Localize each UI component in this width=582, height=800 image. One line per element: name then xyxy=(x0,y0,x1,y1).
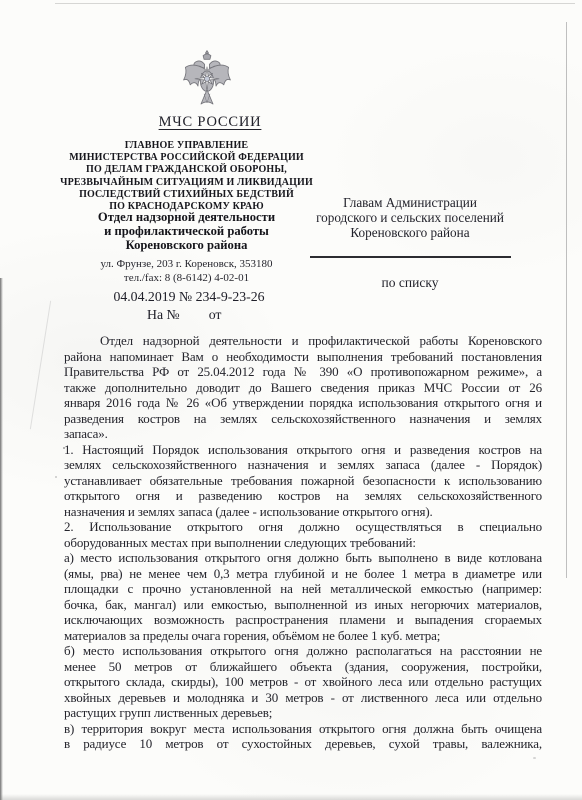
dept-line: Отдел надзорной деятельности xyxy=(33,211,340,225)
body-line: растущих групп лиственных деревьев; xyxy=(64,705,542,721)
recipient-underline xyxy=(310,256,511,258)
scanned-official-letter: МЧС РОССИИ ГЛАВНОЕ УПРАВЛЕНИЕ МИНИСТЕРСТ… xyxy=(0,0,582,800)
dept-line: и профилактической работы xyxy=(33,225,340,239)
gu-line: ЧРЕЗВЫЧАЙНЫМ СИТУАЦИЯМ И ЛИКВИДАЦИИ xyxy=(33,177,340,189)
scan-left-edge-shadow xyxy=(0,278,3,800)
scan-speck xyxy=(533,757,536,759)
body-line: землях сельскохозяйственного назначения … xyxy=(64,457,542,473)
body-line: б) место использования открытого огня до… xyxy=(64,643,542,659)
body-line: в радиусе 10 метров от сухостойных дерев… xyxy=(64,736,542,752)
recipient-line: Главам Администрации xyxy=(300,195,520,210)
scan-right-edge-line xyxy=(566,22,567,578)
body-line: разведения костров на землях сельскохозя… xyxy=(64,411,542,427)
body-line: хвойных деревьев и молодняка и 30 метров… xyxy=(64,690,542,706)
ref-ot-label: от xyxy=(209,307,222,322)
body-line: материалов за пределы очага горения, объ… xyxy=(64,628,542,644)
body-line: менее 50 метров от ближайшего объекта (з… xyxy=(64,659,542,675)
distribution-note: по списку xyxy=(300,275,520,291)
body-line: 2. Использование открытого огня должно о… xyxy=(64,519,542,535)
phone-line: тел./fax: 8 (8-6142) 4-02-01 xyxy=(33,272,340,286)
body-line: Отдел надзорной деятельности и профилакт… xyxy=(64,333,542,349)
gu-line: ПО ДЕЛАМ ГРАЖДАНСКОЙ ОБОРОНЫ, xyxy=(33,164,340,176)
gu-line: ГЛАВНОЕ УПРАВЛЕНИЕ xyxy=(33,140,340,152)
body-line: также дополнительно доводит до Вашего св… xyxy=(64,380,542,396)
recipient-line: Кореновского района xyxy=(300,225,520,240)
mchs-emblem-icon xyxy=(180,49,234,111)
body-line: района напоминает Вам о необходимости вы… xyxy=(64,349,542,365)
letter-body: Отдел надзорной деятельности и профилакт… xyxy=(64,333,542,752)
scan-speck xyxy=(63,447,65,449)
recipient-line: городского и сельских поселений xyxy=(300,210,520,225)
body-line: устанавливает обязательные требования по… xyxy=(64,473,542,489)
gu-line: ПОСЛЕДСТВИЙ СТИХИЙНЫХ БЕДСТВИЙ xyxy=(33,189,340,201)
scan-speck xyxy=(55,476,57,478)
body-line: а) место использования открытого огня до… xyxy=(64,550,542,566)
body-line: назначения и землях запаса (далее - испо… xyxy=(64,504,542,520)
main-directorate-block: ГЛАВНОЕ УПРАВЛЕНИЕ МИНИСТЕРСТВА РОССИЙСК… xyxy=(33,140,340,213)
department-block: Отдел надзорной деятельности и профилакт… xyxy=(33,211,340,252)
agency-title: МЧС РОССИИ xyxy=(110,114,310,131)
body-line: исключающих возможность распространения … xyxy=(64,612,542,628)
body-line: площадки с прочно установленной на ней м… xyxy=(64,581,542,597)
body-line: бочка, бак, мангал) или емкостью, выполн… xyxy=(64,597,542,613)
body-line: открытого огня и разведению костров на з… xyxy=(64,488,542,504)
ref-na-label: На № xyxy=(147,307,180,322)
paper-crease xyxy=(30,301,51,430)
gu-line: МИНИСТЕРСТВА РОССИЙСКОЙ ФЕДЕРАЦИИ xyxy=(33,152,340,164)
body-line: открытого склада, скирды), 100 метров - … xyxy=(64,674,542,690)
date-and-number: 04.04.2019 № 234-9-23-26 xyxy=(39,289,339,305)
body-line: 1. Настоящий Порядок использования откры… xyxy=(64,442,542,458)
scan-top-edge-line xyxy=(55,3,575,4)
scan-bottom-edge-shadow xyxy=(0,794,582,800)
recipient-block: Главам Администрации городского и сельск… xyxy=(300,195,520,240)
body-line: Правительства РФ от 25.04.2012 года № 39… xyxy=(64,364,542,380)
dept-line: Кореновского района xyxy=(33,239,340,253)
body-line: запаса». xyxy=(64,426,542,442)
address-block: ул. Фрунзе, 203 г. Кореновск, 353180 тел… xyxy=(33,258,340,285)
body-line: января 2016 года № 26 «Об утверждении по… xyxy=(64,395,542,411)
body-line: (ямы, рва) не менее чем 0,3 метра глубин… xyxy=(64,566,542,582)
address-line: ул. Фрунзе, 203 г. Кореновск, 353180 xyxy=(33,258,340,272)
reference-line: На №от xyxy=(147,307,221,323)
body-line: оборудованных местах при выполнении след… xyxy=(64,535,542,551)
body-line: в) территория вокруг места использования… xyxy=(64,721,542,737)
